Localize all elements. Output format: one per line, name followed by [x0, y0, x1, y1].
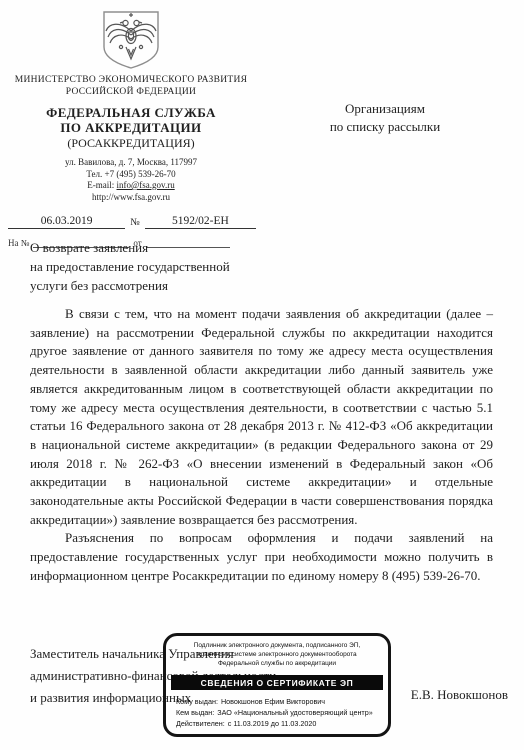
service-name-line2: ПО АККРЕДИТАЦИИ — [6, 120, 256, 135]
body-paragraph-2: Разъяснения по вопросам оформления и под… — [30, 529, 493, 585]
email-address: info@fsa.gov.ru — [117, 180, 175, 190]
certificate-issued-by: Кем выдан:ЗАО «Национальный удостоверяющ… — [176, 707, 384, 718]
contacts-block: ул. Вавилова, д. 7, Москва, 117997 Тел. … — [6, 157, 256, 203]
certificate-details: Кому выдан:Новокшонов Ефим Викторович Ке… — [166, 690, 388, 729]
stamp-header-line1: Подлинник электронного документа, подпис… — [166, 641, 388, 650]
ministry-name-line1: МИНИСТЕРСТВО ЭКОНОМИЧЕСКОГО РАЗВИТИЯ — [6, 74, 256, 86]
email-line: E-mail: info@fsa.gov.ru — [6, 180, 256, 192]
issued-to-label: Кому выдан: — [176, 697, 218, 706]
letter-body: В связи с тем, что на момент подачи заяв… — [30, 305, 493, 586]
electronic-signature-stamp: Подлинник электронного документа, подпис… — [163, 633, 391, 737]
valid-value: с 11.03.2019 до 11.03.2020 — [228, 719, 317, 728]
certificate-issued-to: Кому выдан:Новокшонов Ефим Викторович — [176, 696, 384, 707]
signatory-name: Е.В. Новокшонов — [411, 687, 508, 703]
website-line: http://www.fsa.gov.ru — [6, 192, 256, 204]
subject-line1: О возврате заявления — [30, 238, 290, 257]
phone-line: Тел. +7 (495) 539-26-70 — [6, 169, 256, 181]
email-label: E-mail: — [87, 180, 114, 190]
addressee-line2: по списку рассылки — [295, 118, 475, 136]
address-line: ул. Вавилова, д. 7, Москва, 117997 — [6, 157, 256, 169]
russian-coat-of-arms-icon — [98, 10, 164, 70]
na-no-label: На № — [8, 238, 29, 248]
scanned-letter-page: МИНИСТЕРСТВО ЭКОНОМИЧЕСКОГО РАЗВИТИЯ РОС… — [0, 0, 524, 750]
letterhead: МИНИСТЕРСТВО ЭКОНОМИЧЕСКОГО РАЗВИТИЯ РОС… — [6, 10, 256, 248]
body-paragraph-1: В связи с тем, что на момент подачи заяв… — [30, 305, 493, 529]
stamp-header: Подлинник электронного документа, подпис… — [166, 636, 388, 668]
number-sign: № — [125, 217, 145, 229]
stamp-header-line3: Федеральной службы по аккредитации — [166, 659, 388, 668]
outgoing-reference-row: 06.03.2019 № 5192/02-ЕН — [8, 215, 256, 229]
issued-to-value: Новокшонов Ефим Викторович — [221, 697, 325, 706]
valid-label: Действителен: — [176, 719, 225, 728]
subject-block: О возврате заявления на предоставление г… — [30, 238, 290, 295]
service-name-line1: ФЕДЕРАЛЬНАЯ СЛУЖБА — [6, 105, 256, 120]
subject-line3: услуги без рассмотрения — [30, 276, 290, 295]
outgoing-date: 06.03.2019 — [8, 215, 125, 229]
service-short-name: (РОСАККРЕДИТАЦИЯ) — [6, 136, 256, 150]
issued-by-label: Кем выдан: — [176, 708, 214, 717]
addressee-block: Организациям по списку рассылки — [295, 100, 475, 136]
subject-line2: на предоставление государственной — [30, 257, 290, 276]
ministry-name-line2: РОССИЙСКОЙ ФЕДЕРАЦИИ — [6, 86, 256, 98]
issued-by-value: ЗАО «Национальный удостоверяющий центр» — [217, 708, 372, 717]
stamp-header-line2: хранится в системе электронного документ… — [166, 650, 388, 659]
certificate-info-bar: СВЕДЕНИЯ О СЕРТИФИКАТЕ ЭП — [171, 675, 383, 690]
certificate-validity: Действителен:с 11.03.2019 до 11.03.2020 — [176, 718, 384, 729]
addressee-line1: Организациям — [295, 100, 475, 118]
outgoing-number: 5192/02-ЕН — [145, 215, 256, 229]
